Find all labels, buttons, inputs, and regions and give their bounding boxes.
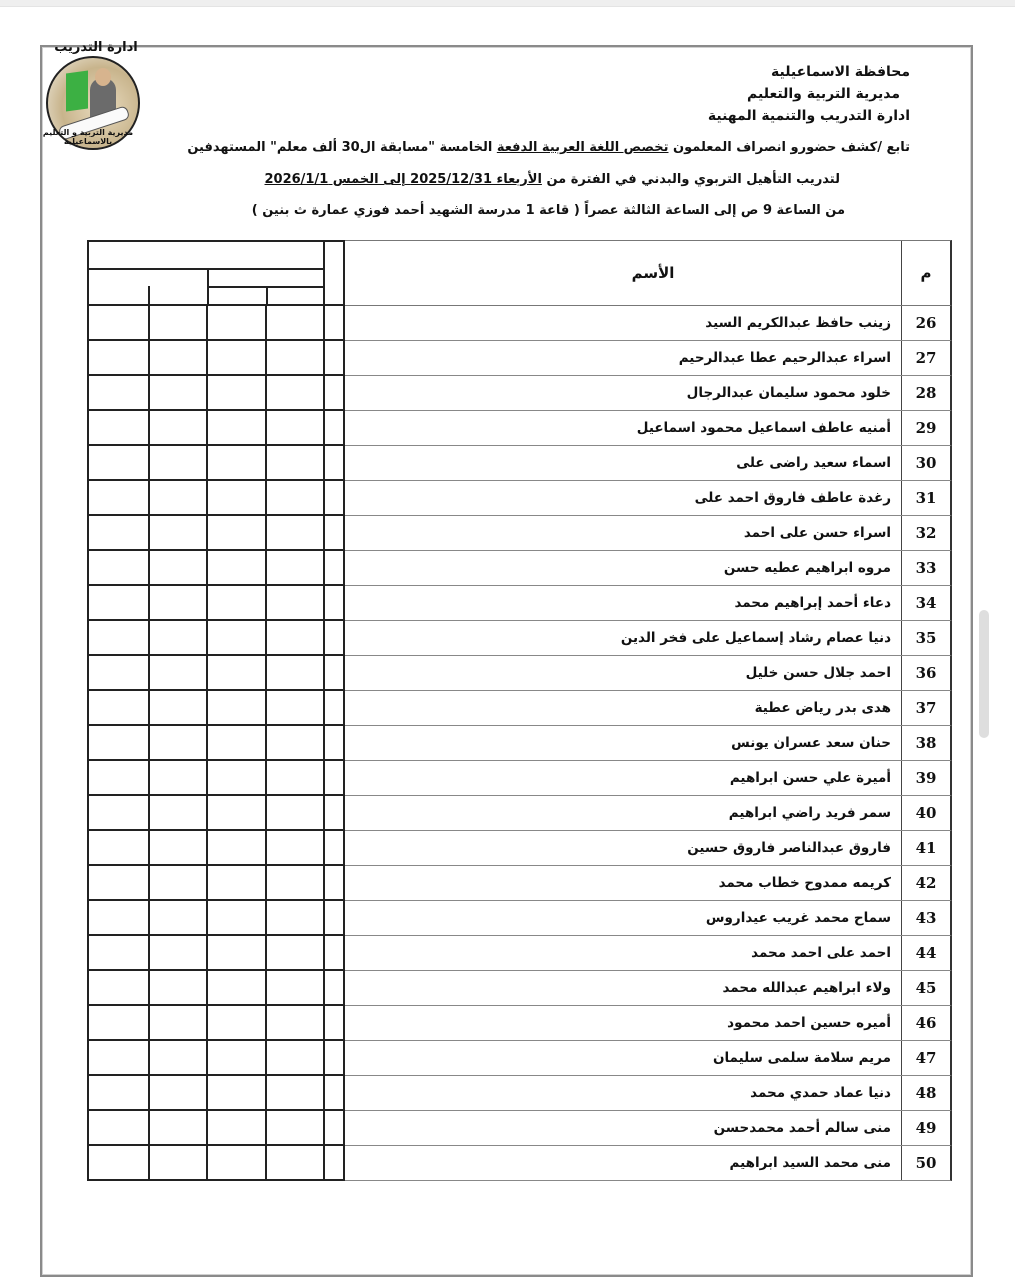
signature-row [87,691,345,726]
grid-divider [266,286,268,304]
signature-cell[interactable] [325,1041,345,1074]
row-number: 49 [901,1111,950,1145]
signature-cell[interactable] [325,831,345,864]
participant-name: فاروق عبدالناصر فاروق حسين [345,831,901,865]
participant-name: اسراء عبدالرحيم عطا عبدالرحيم [345,341,901,375]
row-number: 36 [901,656,950,690]
signature-cell[interactable] [267,1111,326,1144]
table-row: 36احمد جلال حسن خليل [345,656,952,691]
signature-cell[interactable] [267,656,326,689]
flag-shape [66,70,88,111]
signature-cell[interactable] [267,866,326,899]
signature-cell[interactable] [89,516,150,549]
participant-name: خلود محمود سليمان عبدالرجال [345,376,901,410]
table-row: 38حنان سعد عسران يونس [345,726,952,761]
row-number: 50 [901,1146,950,1180]
row-number: 40 [901,796,950,830]
signature-cell[interactable] [325,901,345,934]
signature-cell[interactable] [267,411,326,444]
head-shape [95,68,111,86]
participant-name: هدى بدر رياض عطية [345,691,901,725]
signature-cell[interactable] [89,586,150,619]
signature-cell[interactable] [267,551,326,584]
table-row: 47مريم سلامة سلمى سليمان [345,1041,952,1076]
signature-cell[interactable] [325,796,345,829]
grid-divider [89,268,323,270]
table-row: 43سماح محمد غريب عيداروس [345,901,952,936]
row-number: 31 [901,481,950,515]
signature-cell[interactable] [89,726,150,759]
table-row: 27اسراء عبدالرحيم عطا عبدالرحيم [345,341,952,376]
participant-name: منى سالم أحمد محمدحسن [345,1111,901,1145]
row-number: 42 [901,866,950,900]
row-number: 45 [901,971,950,1005]
signature-cell[interactable] [150,831,209,864]
signature-cell[interactable] [208,971,267,1004]
signature-cell[interactable] [325,1146,345,1179]
signature-cell[interactable] [267,726,326,759]
row-number: 38 [901,726,950,760]
participant-name: منى محمد السيد ابراهيم [345,1146,901,1180]
grid-divider [207,268,209,304]
signature-cell[interactable] [150,1006,209,1039]
signature-cell[interactable] [267,341,326,374]
grid-divider [323,242,325,304]
signature-cell[interactable] [325,726,345,759]
signature-cell[interactable] [89,376,150,409]
participant-name: احمد جلال حسن خليل [345,656,901,690]
table-row: 35دنيا عصام رشاد إسماعيل على فخر الدين [345,621,952,656]
signature-row [87,306,345,341]
period-prefix: لتدريب التأهيل التربوي والبدني في الفترة… [542,172,840,187]
signature-row [87,971,345,1006]
grid-divider [148,286,150,304]
signature-cell[interactable] [150,726,209,759]
signature-cell[interactable] [208,761,267,794]
row-number: 30 [901,446,950,480]
signature-cell[interactable] [267,621,326,654]
table-row: 44احمد على احمد محمد [345,936,952,971]
signature-row [87,411,345,446]
signature-cell[interactable] [150,446,209,479]
signature-row [87,376,345,411]
signature-cell[interactable] [89,761,150,794]
table-row: 33مروه ابراهيم عطيه حسن [345,551,952,586]
participant-name: أمنيه عاطف اسماعيل محمود اسماعيل [345,411,901,445]
signature-cell[interactable] [208,656,267,689]
table-row: 28خلود محمود سليمان عبدالرجال [345,376,952,411]
signature-cell[interactable] [325,411,345,444]
training-department-logo: ادارة التدريب مديرية التربية و التعليم ب… [42,40,142,155]
signature-cell[interactable] [208,446,267,479]
period-dates: الأربعاء 2025/12/31 إلى الخمس 2026/1/1 [265,172,542,187]
signature-row [87,901,345,936]
row-number: 28 [901,376,950,410]
signature-cell[interactable] [267,901,326,934]
training-period: لتدريب التأهيل التربوي والبدني في الفترة… [265,172,841,187]
column-header-number: م [901,241,950,305]
participant-name: اسماء سعيد راضى على [345,446,901,480]
signature-cell[interactable] [150,516,209,549]
table-row: 31رغدة عاطف فاروق احمد على [345,481,952,516]
signature-cell[interactable] [267,971,326,1004]
signature-cell[interactable] [267,516,326,549]
signature-cell[interactable] [267,936,326,969]
signature-cell[interactable] [208,586,267,619]
row-number: 41 [901,831,950,865]
row-number: 33 [901,551,950,585]
signature-cell[interactable] [267,1146,326,1179]
table-row: 48دنيا عماد حمدي محمد [345,1076,952,1111]
participant-name: ولاء ابراهيم عبدالله محمد [345,971,901,1005]
signature-cell[interactable] [267,796,326,829]
signature-cell[interactable] [89,1076,150,1109]
signature-cell[interactable] [325,971,345,1004]
signature-cell[interactable] [89,341,150,374]
signature-cell[interactable] [325,586,345,619]
signature-row [87,586,345,621]
signature-cell[interactable] [150,341,209,374]
signature-row [87,551,345,586]
participant-name: كريمه ممدوح خطاب محمد [345,866,901,900]
signature-cell[interactable] [325,376,345,409]
table-row: 46أميره حسين احمد محمود [345,1006,952,1041]
participant-name: حنان سعد عسران يونس [345,726,901,760]
signature-cell[interactable] [150,866,209,899]
table-header: م الأسم [345,240,952,306]
signature-cell[interactable] [208,516,267,549]
signature-cell[interactable] [208,1146,267,1179]
row-number: 29 [901,411,950,445]
table-row: 42كريمه ممدوح خطاب محمد [345,866,952,901]
row-number: 26 [901,306,950,340]
signature-cell[interactable] [325,656,345,689]
table-row: 34دعاء أحمد إبراهيم محمد [345,586,952,621]
signature-row [87,446,345,481]
attendance-sheet-title: تابع /كشف حضورو انصراف المعلمون تخصص الل… [187,140,910,155]
signature-cell[interactable] [325,446,345,479]
signature-cell[interactable] [150,796,209,829]
signature-cell[interactable] [150,761,209,794]
participant-name: زينب حافظ عبدالكريم السيد [345,306,901,340]
participant-name: احمد على احمد محمد [345,936,901,970]
signature-cell[interactable] [208,691,267,724]
signature-cell[interactable] [89,1111,150,1144]
signature-cell[interactable] [325,936,345,969]
signature-cell[interactable] [267,586,326,619]
signature-cell[interactable] [325,1076,345,1109]
participant-name: سماح محمد غريب عيداروس [345,901,901,935]
signature-cell[interactable] [89,306,150,339]
signature-row [87,621,345,656]
signature-cell[interactable] [325,341,345,374]
signature-row [87,866,345,901]
signature-cell[interactable] [89,1146,150,1179]
row-number: 47 [901,1041,950,1075]
signature-cell[interactable] [325,1006,345,1039]
signature-cell[interactable] [89,971,150,1004]
signature-cell[interactable] [150,621,209,654]
signature-cell[interactable] [89,691,150,724]
signature-cell[interactable] [208,936,267,969]
training-time-location: من الساعة 9 ص إلى الساعة الثالثة عصراً (… [252,203,845,218]
signature-row [87,656,345,691]
signature-cell[interactable] [150,411,209,444]
signature-cell[interactable] [267,481,326,514]
signature-cell[interactable] [208,1111,267,1144]
signature-cell[interactable] [150,306,209,339]
participant-name: أميره حسين احمد محمود [345,1006,901,1040]
signature-row [87,1006,345,1041]
signature-cell[interactable] [89,866,150,899]
signature-cell[interactable] [89,621,150,654]
participant-name: دنيا عصام رشاد إسماعيل على فخر الدين [345,621,901,655]
signature-cell[interactable] [89,446,150,479]
signature-cell[interactable] [150,691,209,724]
title-specialization: تخصص اللغة العربية الدفعة [497,140,669,155]
signature-cell[interactable] [208,901,267,934]
signature-cell[interactable] [267,376,326,409]
table-row: 37هدى بدر رياض عطية [345,691,952,726]
signature-row [87,1076,345,1111]
signature-cell[interactable] [208,551,267,584]
signature-row [87,936,345,971]
title-prefix: تابع /كشف حضورو انصراف المعلمون [668,140,910,155]
signature-cell[interactable] [150,901,209,934]
signature-cell[interactable] [267,1006,326,1039]
signature-cell[interactable] [208,866,267,899]
row-number: 32 [901,516,950,550]
participant-name: دعاء أحمد إبراهيم محمد [345,586,901,620]
signature-row [87,726,345,761]
participant-name: دنيا عماد حمدي محمد [345,1076,901,1110]
participant-name: اسراء حسن على احمد [345,516,901,550]
row-number: 43 [901,901,950,935]
column-header-name: الأسم [345,241,901,305]
signature-cell[interactable] [208,376,267,409]
vertical-scrollbar[interactable] [979,610,989,738]
signature-row [87,1041,345,1076]
participant-name: مريم سلامة سلمى سليمان [345,1041,901,1075]
signature-cell[interactable] [208,796,267,829]
signature-cell[interactable] [89,411,150,444]
row-number: 34 [901,586,950,620]
signature-cell[interactable] [150,971,209,1004]
signature-cell[interactable] [208,726,267,759]
signature-cell[interactable] [89,1041,150,1074]
signature-cell[interactable] [325,551,345,584]
signature-cell[interactable] [150,481,209,514]
table-row: 41فاروق عبدالناصر فاروق حسين [345,831,952,866]
signature-cell[interactable] [325,306,345,339]
signature-row [87,481,345,516]
signature-cell[interactable] [89,936,150,969]
participant-name: مروه ابراهيم عطيه حسن [345,551,901,585]
table-row: 30اسماء سعيد راضى على [345,446,952,481]
signature-cell[interactable] [150,1146,209,1179]
signature-grid-rows [87,306,345,1181]
signature-cell[interactable] [208,481,267,514]
signature-cell[interactable] [267,761,326,794]
signature-cell[interactable] [208,306,267,339]
signature-cell[interactable] [208,1006,267,1039]
table-body: 26زينب حافظ عبدالكريم السيد27اسراء عبدال… [345,306,952,1181]
participant-name: أميرة علي حسن ابراهيم [345,761,901,795]
table-row: 29أمنيه عاطف اسماعيل محمود اسماعيل [345,411,952,446]
signature-cell[interactable] [208,621,267,654]
title-suffix: الخامسة "مسابقة ال30 ألف معلم" المستهدفي… [187,140,496,155]
signature-cell[interactable] [150,586,209,619]
table-row: 45ولاء ابراهيم عبدالله محمد [345,971,952,1006]
attendance-table: م الأسم 26زينب حافظ عبدالكريم السيد27اسر… [345,240,952,1181]
signature-cell[interactable] [325,621,345,654]
table-row: 26زينب حافظ عبدالكريم السيد [345,306,952,341]
signature-cell[interactable] [267,446,326,479]
signature-cell[interactable] [89,831,150,864]
signature-row [87,1146,345,1181]
signature-cell[interactable] [89,656,150,689]
table-row: 40سمر فريد راضي ابراهيم [345,796,952,831]
signature-cell[interactable] [89,901,150,934]
row-number: 44 [901,936,950,970]
signature-cell[interactable] [150,376,209,409]
signature-cell[interactable] [325,866,345,899]
signature-cell[interactable] [150,1111,209,1144]
signature-cell[interactable] [325,1111,345,1144]
governorate-title: محافظة الاسماعيلية [771,64,910,80]
signature-cell[interactable] [150,936,209,969]
signature-cell[interactable] [267,1076,326,1109]
row-number: 46 [901,1006,950,1040]
signature-row [87,1111,345,1146]
signature-row [87,831,345,866]
signature-cell[interactable] [150,1076,209,1109]
table-row: 39أميرة علي حسن ابراهيم [345,761,952,796]
signature-cell[interactable] [267,691,326,724]
row-number: 48 [901,1076,950,1110]
signature-cell[interactable] [150,551,209,584]
signature-cell[interactable] [89,551,150,584]
signature-cell[interactable] [325,481,345,514]
department-title: ادارة التدريب والتنمية المهنية [708,108,910,124]
row-number: 39 [901,761,950,795]
signature-cell[interactable] [208,411,267,444]
signature-cell[interactable] [208,1041,267,1074]
signature-row [87,516,345,551]
signature-cell[interactable] [208,1076,267,1109]
signature-cell[interactable] [267,831,326,864]
signature-cell[interactable] [267,1041,326,1074]
viewer-top-bar [0,0,1015,7]
signature-cell[interactable] [325,516,345,549]
signature-cell[interactable] [208,831,267,864]
directorate-title: مديرية التربية والتعليم [747,86,900,102]
signature-cell[interactable] [325,761,345,794]
grid-divider [207,286,323,288]
logo-bottom-text: مديرية التربية و التعليم بالاسماعيلية [38,128,138,146]
row-number: 35 [901,621,950,655]
signature-cell[interactable] [325,691,345,724]
row-number: 37 [901,691,950,725]
signature-grid-header [87,240,345,306]
table-row: 49منى سالم أحمد محمدحسن [345,1111,952,1146]
row-number: 27 [901,341,950,375]
signature-row [87,796,345,831]
signature-grid [87,240,345,1181]
signature-row [87,761,345,796]
logo-top-text: ادارة التدريب [48,40,144,55]
signature-cell[interactable] [89,481,150,514]
signature-cell[interactable] [267,306,326,339]
signature-row [87,341,345,376]
signature-cell[interactable] [150,1041,209,1074]
signature-cell[interactable] [89,796,150,829]
participant-name: رغدة عاطف فاروق احمد على [345,481,901,515]
table-row: 50منى محمد السيد ابراهيم [345,1146,952,1181]
signature-cell[interactable] [89,1006,150,1039]
signature-cell[interactable] [150,656,209,689]
participant-name: سمر فريد راضي ابراهيم [345,796,901,830]
table-row: 32اسراء حسن على احمد [345,516,952,551]
signature-cell[interactable] [208,341,267,374]
